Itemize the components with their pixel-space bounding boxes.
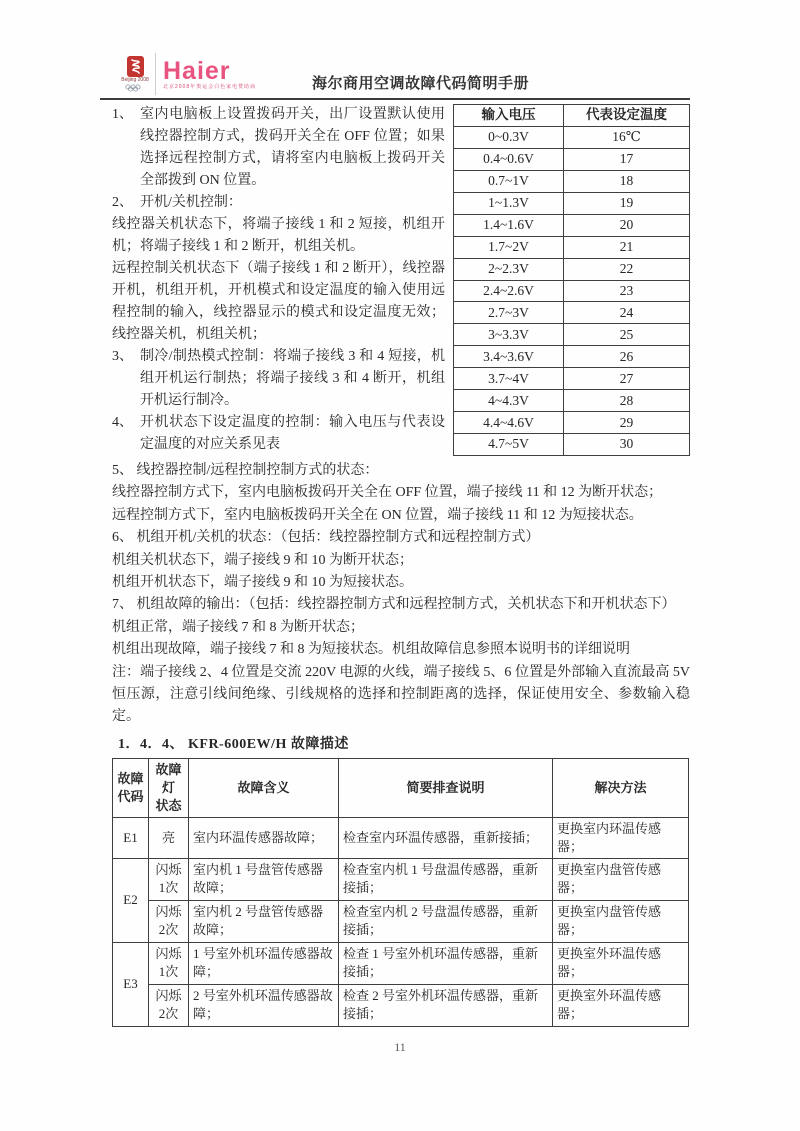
table-row: E3 闪烁 1次 1 号室外机环温传感器故障； 检查 1 号室外机环温传感器，重… (113, 942, 689, 984)
note-line: 线控器控制方式下，室内电脑板拨码开关全在 OFF 位置，端子接线 11 和 12… (112, 482, 690, 504)
table-row: 闪烁 2次 室内机 2 号盘管传感器故障； 检查室内机 2 号盘温传感器，重新接… (113, 900, 689, 942)
check-cell: 检查 1 号室外机环温传感器，重新接插； (339, 942, 553, 984)
check-cell: 检查室内环温传感器，重新接插； (339, 817, 553, 858)
voltage-temperature-table: 输入电压 代表设定温度 0~0.3V16℃ 0.4~0.6V17 0.7~1V1… (453, 104, 690, 456)
table-row: 2.7~3V24 (454, 302, 690, 324)
olympic-rings-icon (124, 84, 146, 92)
voltage-cell: 2~2.3V (454, 258, 564, 280)
column-header: 故障含义 (189, 758, 339, 817)
table-row: E1 亮 室内环温传感器故障； 检查室内环温传感器，重新接插； 更换室内环温传感… (113, 817, 689, 858)
note-line: 远程控制方式下，室内电脑板拨码开关全在 ON 位置，端子接线 11 和 12 为… (112, 505, 690, 527)
solution-cell: 更换室外环温传感器； (553, 984, 689, 1026)
voltage-cell: 3.7~4V (454, 368, 564, 390)
fault-code-cell: E1 (113, 817, 149, 858)
list-item: 4、开机状态下设定温度的控制：输入电压与代表设定温度的对应关系见表 (112, 412, 445, 456)
manual-page: Beijing 2008 Haier 北京2008年奥运会白色家电赞助商 海尔商… (0, 0, 800, 1131)
brand-tagline: 北京2008年奥运会白色家电赞助商 (163, 84, 256, 91)
temp-cell: 23 (564, 280, 690, 302)
table-row: 0~0.3V16℃ (454, 126, 690, 148)
document-title: 海尔商用空调故障代码简明手册 (312, 72, 529, 93)
table-row: 0.7~1V18 (454, 170, 690, 192)
temp-cell: 26 (564, 346, 690, 368)
emblem-label: Beijing 2008 (121, 77, 149, 83)
item-marker: 1、 (112, 104, 133, 126)
table-row: 2.4~2.6V23 (454, 280, 690, 302)
voltage-cell: 2.7~3V (454, 302, 564, 324)
column-header: 故障 代码 (113, 758, 149, 817)
voltage-cell: 0~0.3V (454, 126, 564, 148)
column-header: 代表设定温度 (564, 105, 690, 127)
intro-section: 1、室内电脑板上设置拨码开关，出厂设置默认使用线控器控制方式，拨码开关全在 OF… (112, 104, 690, 456)
check-cell: 检查室内机 1 号盘温传感器，重新接插； (339, 858, 553, 900)
voltage-cell: 1.4~1.6V (454, 214, 564, 236)
voltage-cell: 4.7~5V (454, 434, 564, 456)
lamp-state-cell: 亮 (149, 817, 189, 858)
temp-cell: 27 (564, 368, 690, 390)
table-row: 4.7~5V30 (454, 434, 690, 456)
voltage-cell: 3.4~3.6V (454, 346, 564, 368)
voltage-cell: 1~1.3V (454, 192, 564, 214)
note-line: 机组正常，端子接线 7 和 8 为断开状态； (112, 617, 690, 639)
fault-meaning-cell: 2 号室外机环温传感器故障； (189, 984, 339, 1026)
check-cell: 检查 2 号室外机环温传感器，重新接插； (339, 984, 553, 1026)
notes-block: 5、 线控器控制/远程控制控制方式的状态： 线控器控制方式下，室内电脑板拨码开关… (112, 460, 690, 729)
section-title: 1．4．4、 KFR-600EW/H 故障描述 (118, 733, 690, 753)
list-paragraph: 远程控制关机状态下（端子接线 1 和 2 断开），线控器开机，机组开机，开机模式… (112, 258, 445, 346)
note-line: 机组关机状态下，端子接线 9 和 10 为断开状态； (112, 550, 690, 572)
temp-cell: 30 (564, 434, 690, 456)
list-item: 1、室内电脑板上设置拨码开关，出厂设置默认使用线控器控制方式，拨码开关全在 OF… (112, 104, 445, 192)
fault-meaning-cell: 室内环温传感器故障； (189, 817, 339, 858)
solution-cell: 更换室内盘管传感器； (553, 900, 689, 942)
table-row: 闪烁 2次 2 号室外机环温传感器故障； 检查 2 号室外机环温传感器，重新接插… (113, 984, 689, 1026)
item-text: 开机/关机控制： (140, 195, 242, 210)
instruction-list: 1、室内电脑板上设置拨码开关，出厂设置默认使用线控器控制方式，拨码开关全在 OF… (112, 104, 445, 456)
list-item: 3、制冷/制热模式控制：将端子接线 3 和 4 短接，机组开机运行制热；将端子接… (112, 346, 445, 412)
temp-cell: 24 (564, 302, 690, 324)
list-item: 2、开机/关机控制： (112, 192, 445, 214)
temp-cell: 18 (564, 170, 690, 192)
voltage-cell: 4.4~4.6V (454, 412, 564, 434)
item-text: 制冷/制热模式控制：将端子接线 3 和 4 短接，机组开机运行制热；将端子接线 … (140, 349, 445, 408)
voltage-cell: 4~4.3V (454, 390, 564, 412)
table-header-row: 故障 代码 故障 灯 状态 故障含义 简要排查说明 解决方法 (113, 758, 689, 817)
fault-description-table: 故障 代码 故障 灯 状态 故障含义 简要排查说明 解决方法 E1 亮 室内环温… (112, 758, 689, 1027)
temp-cell: 16℃ (564, 126, 690, 148)
table-row: 1.4~1.6V20 (454, 214, 690, 236)
brand-name: Haier (163, 58, 256, 84)
fault-meaning-cell: 室内机 2 号盘管传感器故障； (189, 900, 339, 942)
note-line: 机组出现故障，端子接线 7 和 8 为短接状态。机组故障信息参照本说明书的详细说… (112, 639, 690, 661)
voltage-cell: 0.4~0.6V (454, 148, 564, 170)
haier-logo: Beijing 2008 Haier 北京2008年奥运会白色家电赞助商 (120, 53, 256, 95)
note-line: 5、 线控器控制/远程控制控制方式的状态： (112, 460, 690, 482)
lamp-state-cell: 闪烁 2次 (149, 984, 189, 1026)
item-marker: 4、 (112, 412, 133, 434)
note-line: 机组开机状态下，端子接线 9 和 10 为短接状态。 (112, 572, 690, 594)
temp-cell: 20 (564, 214, 690, 236)
temp-cell: 22 (564, 258, 690, 280)
item-marker: 3、 (112, 346, 133, 368)
table-row: 1.7~2V21 (454, 236, 690, 258)
item-text: 室内电脑板上设置拨码开关，出厂设置默认使用线控器控制方式，拨码开关全在 OFF … (140, 107, 445, 188)
column-header: 故障 灯 状态 (149, 758, 189, 817)
solution-cell: 更换室外环温传感器； (553, 942, 689, 984)
voltage-cell: 2.4~2.6V (454, 280, 564, 302)
column-header: 输入电压 (454, 105, 564, 127)
table-row: 4~4.3V28 (454, 390, 690, 412)
note-line: 7、 机组故障的输出：（包括：线控器控制方式和远程控制方式，关机状态下和开机状态… (112, 594, 690, 616)
table-row: 4.4~4.6V29 (454, 412, 690, 434)
lamp-state-cell: 闪烁 1次 (149, 858, 189, 900)
table-row: 3~3.3V25 (454, 324, 690, 346)
fault-meaning-cell: 1 号室外机环温传感器故障； (189, 942, 339, 984)
beijing-2008-emblem: Beijing 2008 (120, 56, 150, 92)
fault-code-cell: E3 (113, 942, 149, 1026)
voltage-cell: 0.7~1V (454, 170, 564, 192)
voltage-cell: 3~3.3V (454, 324, 564, 346)
column-header: 解决方法 (553, 758, 689, 817)
haier-wordmark: Haier 北京2008年奥运会白色家电赞助商 (163, 58, 256, 91)
item-text: 开机状态下设定温度的控制：输入电压与代表设定温度的对应关系见表 (140, 415, 445, 452)
lamp-state-cell: 闪烁 1次 (149, 942, 189, 984)
fault-meaning-cell: 室内机 1 号盘管传感器故障； (189, 858, 339, 900)
table-row: 3.4~3.6V26 (454, 346, 690, 368)
fault-code-cell: E2 (113, 858, 149, 942)
temp-cell: 25 (564, 324, 690, 346)
voltage-cell: 1.7~2V (454, 236, 564, 258)
check-cell: 检查室内机 2 号盘温传感器，重新接插； (339, 900, 553, 942)
olympic-seal-icon (127, 56, 144, 77)
list-paragraph: 线控器关机状态下，将端子接线 1 和 2 短接，机组开机；将端子接线 1 和 2… (112, 214, 445, 258)
table-row: 0.4~0.6V17 (454, 148, 690, 170)
table-row: E2 闪烁 1次 室内机 1 号盘管传感器故障； 检查室内机 1 号盘温传感器，… (113, 858, 689, 900)
dancing-figure-icon (130, 59, 141, 74)
table-row: 1~1.3V19 (454, 192, 690, 214)
temp-cell: 17 (564, 148, 690, 170)
note-line: 6、 机组开机/关机的状态：（包括：线控器控制方式和远程控制方式） (112, 527, 690, 549)
temp-cell: 29 (564, 412, 690, 434)
solution-cell: 更换室内环温传感器； (553, 817, 689, 858)
page-header: Beijing 2008 Haier 北京2008年奥运会白色家电赞助商 海尔商… (100, 38, 690, 100)
temp-cell: 21 (564, 236, 690, 258)
page-number: 11 (0, 1040, 800, 1055)
table-header-row: 输入电压 代表设定温度 (454, 105, 690, 127)
item-marker: 2、 (112, 192, 133, 214)
temp-cell: 28 (564, 390, 690, 412)
note-line: 注：端子接线 2、4 位置是交流 220V 电源的火线，端子接线 5、6 位置是… (112, 662, 690, 729)
lamp-state-cell: 闪烁 2次 (149, 900, 189, 942)
temp-cell: 19 (564, 192, 690, 214)
logo-divider (155, 53, 156, 95)
solution-cell: 更换室内盘管传感器； (553, 858, 689, 900)
table-row: 3.7~4V27 (454, 368, 690, 390)
lower-section: 5、 线控器控制/远程控制控制方式的状态： 线控器控制方式下，室内电脑板拨码开关… (112, 460, 690, 1027)
column-header: 简要排查说明 (339, 758, 553, 817)
table-row: 2~2.3V22 (454, 258, 690, 280)
